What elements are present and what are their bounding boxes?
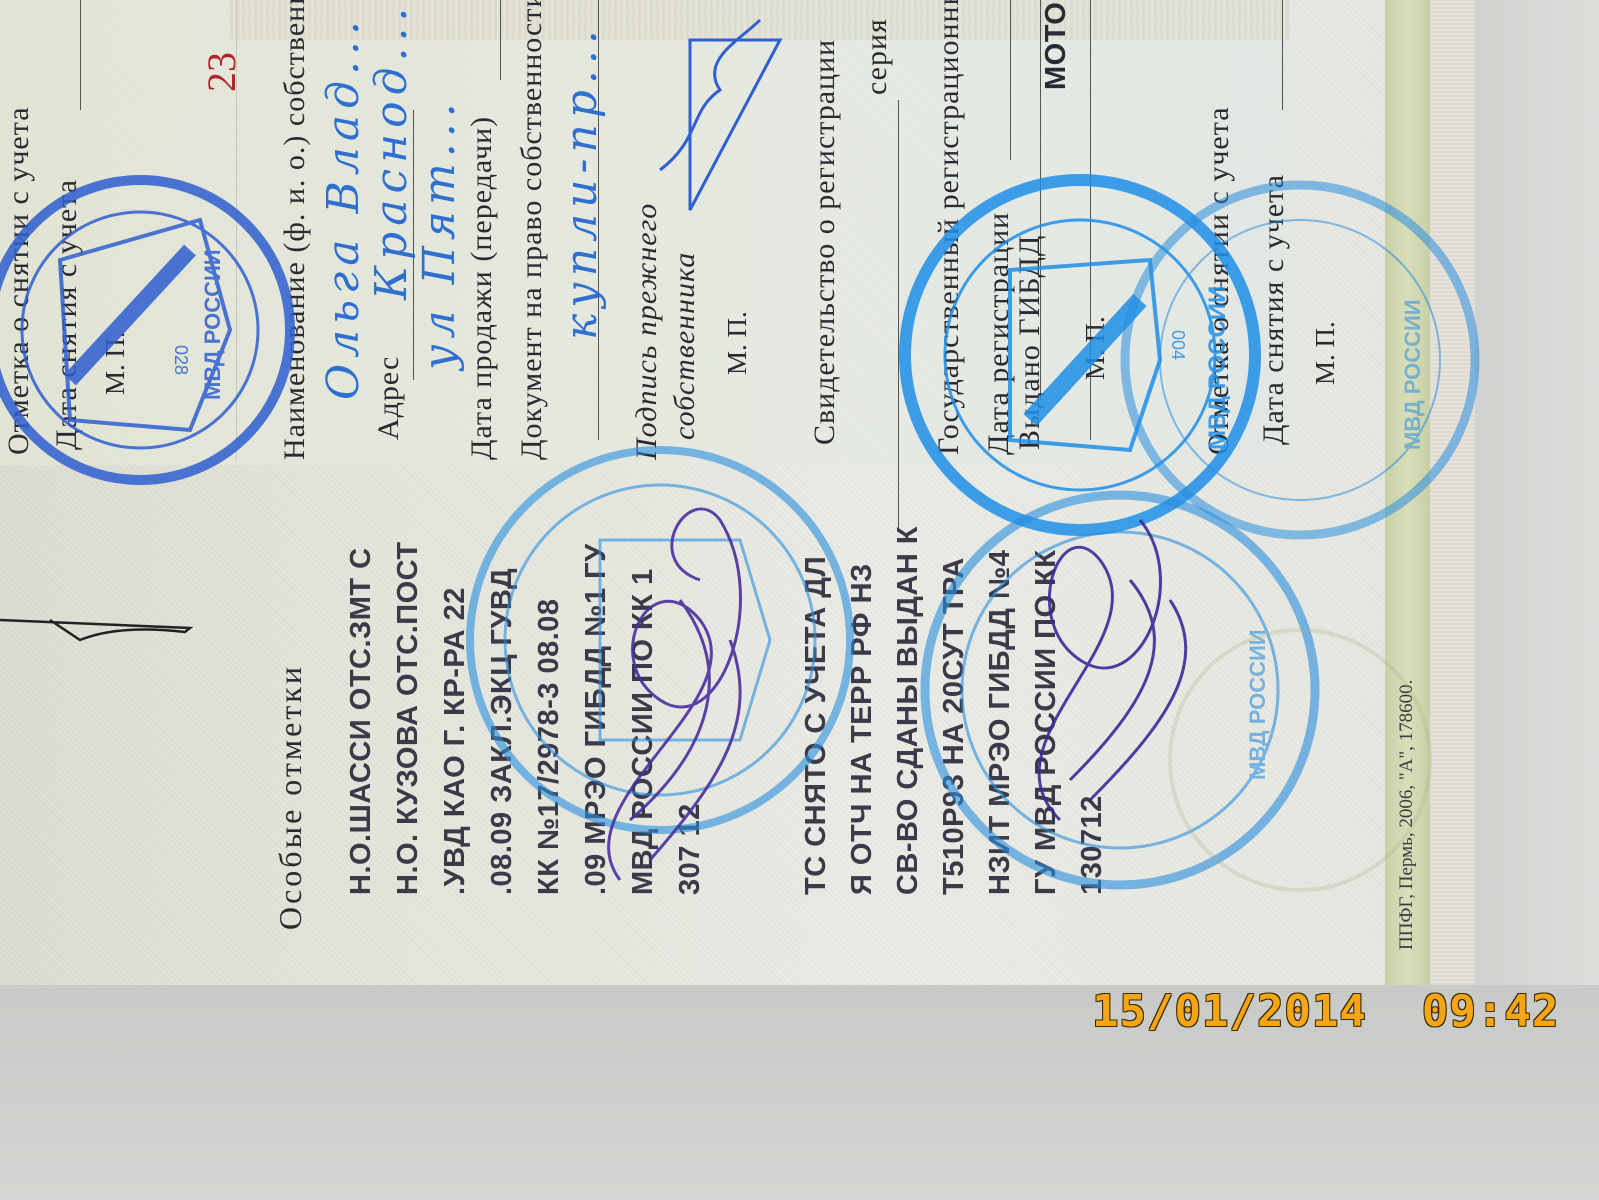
page-number: 23 [198,52,245,92]
special-marks-line: ГУ МВД РОССИИ ПО КК [1030,550,1063,895]
special-marks-line: Н.О. КУЗОВА ОТС.ПОСТ [392,541,425,895]
special-marks-heading: Особые отметки [272,664,309,930]
deregistration-date-label: Дата снятия с учета [50,179,84,450]
camera-timestamp: 15/01/2014 09:42 [1092,986,1559,1037]
special-marks-line: .09 МРЭО ГИБДД №1 ГУ [580,543,613,895]
special-marks-line: НЗИТ МРЭО ГИБДД №4 [984,550,1017,895]
owner-name-value: Ольга Влад... [318,15,369,400]
address-label: Адрес [372,356,406,440]
registration-date-label: Дата регистрации [982,212,1016,455]
special-marks-line: .УВД КАО Г. КР-РА 22 [439,587,472,895]
deregistration-mark-label: Отметка о снятии с учета [2,106,36,455]
printer-imprint: ППФГ, Пермь, 2006, "А", 178600. [1396,680,1418,950]
rule-line [80,0,81,110]
timestamp-date: 15/01/2014 [1092,986,1367,1037]
series-label: серия [860,18,894,95]
ownership-document-label: Документ на право собственности [515,0,549,460]
address-value-line2: ул Пят... [414,97,465,370]
stamp-place-label: М. П. [1310,321,1341,385]
rule-line [898,100,899,530]
prev-owner-signature-label: Подпись прежнего [630,203,664,460]
special-marks-line: 130712 [1076,795,1109,895]
special-marks-line: Т510Р93 НА 20СУТ ТРА [938,557,971,895]
right-deregistration-mark-label: Отметка о снятии с учета [1202,106,1236,455]
rule-line [500,0,501,80]
stamp-place-label: М. П. [1080,316,1111,380]
right-deregistration-date-label: Дата снятия с учета [1257,174,1291,445]
rule-line [1010,0,1011,160]
special-marks-line: Я ОТЧ НА ТЕРР РФ НЗ [846,563,879,895]
next-page-edge [1475,0,1599,985]
special-marks-line: .08.09 ЗАКЛ.ЭКЦ ГУВД [486,568,519,895]
special-marks-line: СВ-ВО СДАНЫ ВЫДАН К [892,526,925,895]
special-marks-line: ТС СНЯТО С УЧЕТА ДЛ [800,556,833,895]
stamp-place-label: М. П. [100,331,131,395]
paper-edge-strip [1430,0,1475,985]
timestamp-time: 09:42 [1422,986,1559,1037]
special-marks-line: Н.О.ШАССИ ОТС.ЗМТ С [345,547,378,895]
owner-name-label: Наименование (ф. и. о.) собственника [278,0,312,460]
state-plate-label: Государственный регистрационный знак [932,0,966,455]
special-marks-line: КК №17/2978-3 08.08 [533,598,566,895]
registration-certificate-label: Свидетельство о регистрации [808,39,842,445]
ownership-document-value: купли-пр... [556,24,607,340]
vehicle-type-value: МОТО... [1040,0,1073,90]
special-marks-line: 307 12 [674,803,707,895]
special-marks-line: МВД РОССИИ ПО КК 1 [627,568,660,895]
rule-line [1282,0,1283,110]
address-value-line1: Краснод... [366,2,417,300]
issued-by-label: Выдано ГИБДД [1013,235,1047,450]
document-page [0,0,1475,985]
prev-owner-signature-label-2: собственника [668,252,702,440]
sale-date-label: Дата продажи (передачи) [465,116,499,460]
stamp-place-label: М. П. [722,311,753,375]
